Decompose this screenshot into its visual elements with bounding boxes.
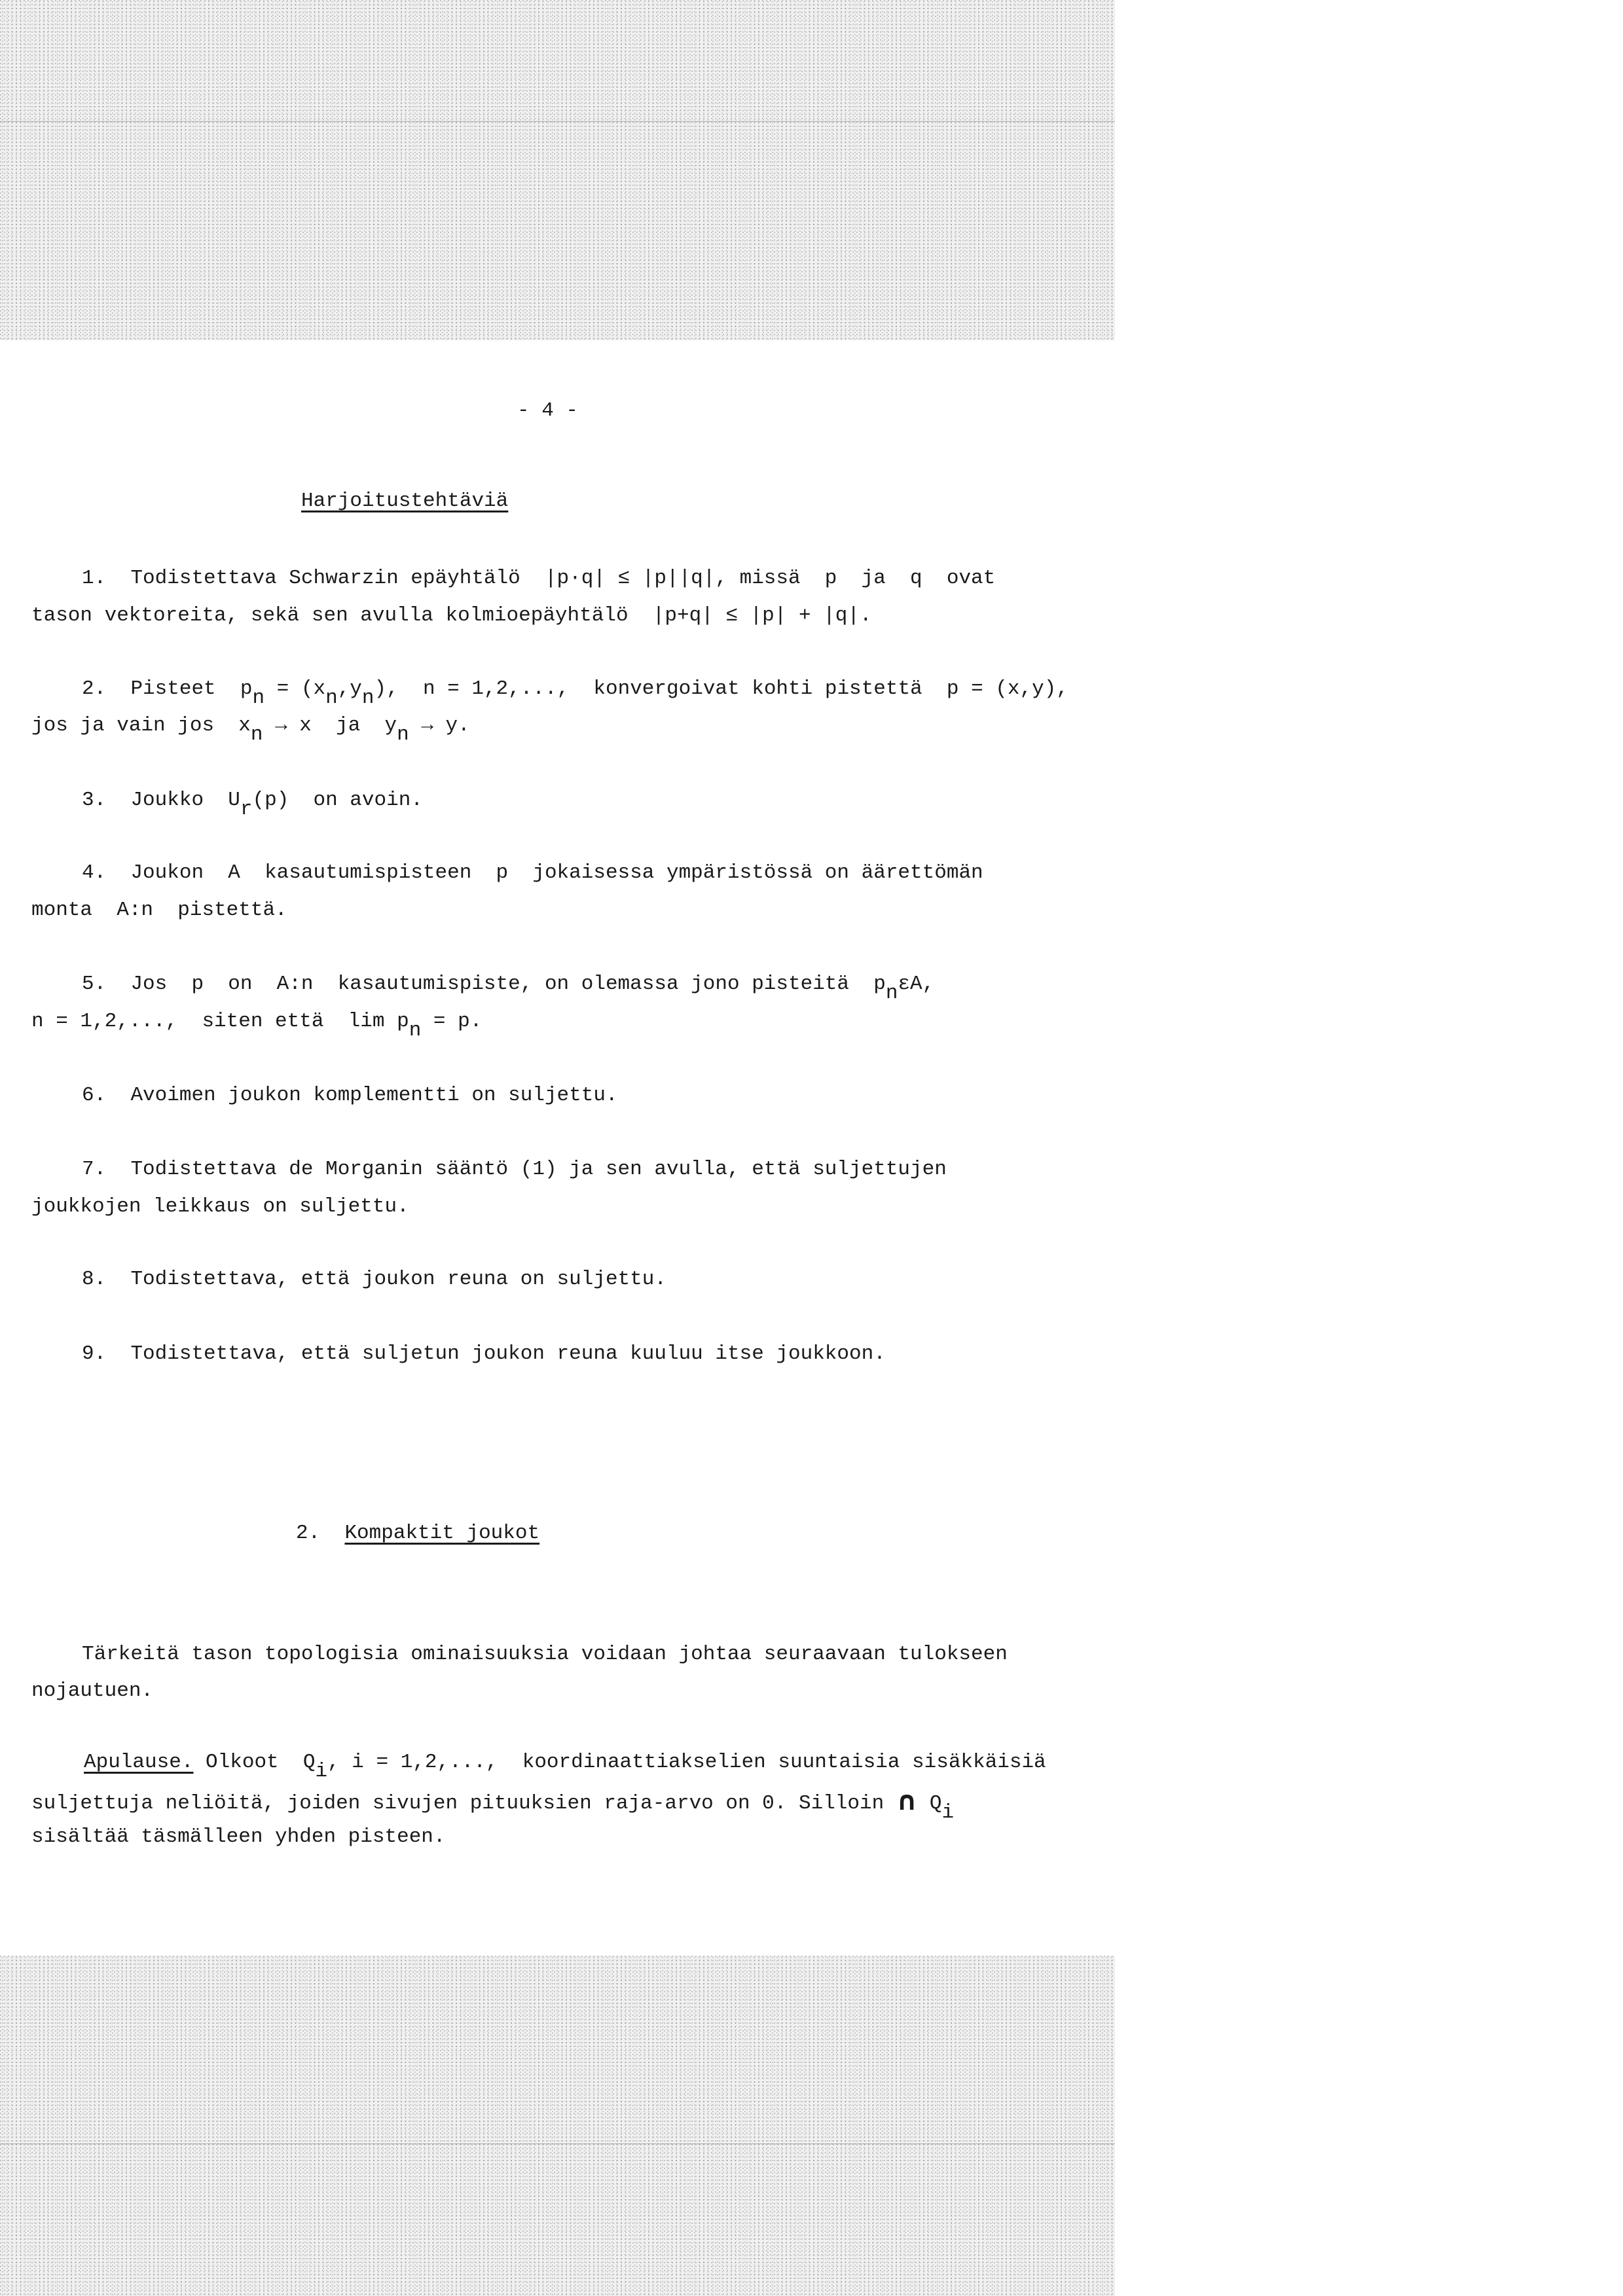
subscript: n — [252, 687, 264, 709]
scan-crease-line — [0, 121, 1115, 122]
subscript: n — [325, 687, 338, 709]
page-number: - 4 - — [517, 401, 578, 421]
exercise-number: 4. — [82, 861, 106, 884]
lemma-label: Apulause. — [84, 1751, 193, 1774]
intersection-symbol: ∩ — [896, 1786, 917, 1816]
exercise-line: 8. Todistettava, että joukon reuna on su… — [82, 1269, 666, 1289]
lemma-line: sisältää täsmälleen yhden pisteen. — [31, 1827, 446, 1847]
subscript: n — [362, 687, 374, 709]
exercise-line: 5. Jos p on A:n kasautumispiste, on olem… — [82, 974, 934, 994]
subscript: i — [942, 1801, 955, 1824]
subscript: n — [397, 723, 409, 746]
scan-margin-top — [0, 0, 1115, 340]
exercise-text: Todistettava Schwarzin epäyhtälö |p·q| ≤… — [130, 567, 995, 590]
exercise-line: 7. Todistettava de Morganin sääntö (1) j… — [82, 1159, 947, 1179]
exercise-line: monta A:n pistettä. — [31, 900, 287, 920]
subscript: n — [251, 723, 263, 746]
subscript: r — [240, 798, 253, 821]
subscript: i — [315, 1760, 327, 1783]
scan-margin-bottom — [0, 1956, 1115, 2296]
exercise-number: 2. — [82, 677, 106, 700]
exercise-line: 1. Todistettava Schwarzin epäyhtälö |p·q… — [82, 568, 995, 588]
exercise-line: 4. Joukon A kasautumispisteen p jokaises… — [82, 863, 983, 883]
paragraph-line: Tärkeitä tason topologisia ominaisuuksia… — [82, 1644, 1008, 1664]
section-title: Kompaktit joukot — [344, 1522, 539, 1545]
paragraph-line: nojautuen. — [31, 1681, 153, 1701]
exercise-number: 6. — [82, 1084, 106, 1107]
subscript: n — [409, 1019, 422, 1042]
exercise-number: 3. — [82, 789, 106, 812]
exercise-line: 3. Joukko Ur(p) on avoin. — [82, 790, 423, 810]
scan-crease-line — [0, 2144, 1115, 2144]
exercise-number: 8. — [82, 1268, 106, 1291]
exercises-heading: Harjoitustehtäviä — [301, 491, 508, 511]
exercise-line: 6. Avoimen joukon komplementti on suljet… — [82, 1085, 618, 1105]
exercise-line: 2. Pisteet pn = (xn,yn), n = 1,2,..., ko… — [82, 679, 1068, 699]
exercise-line: tason vektoreita, sekä sen avulla kolmio… — [31, 605, 872, 626]
exercise-line: n = 1,2,..., siten että lim pn = p. — [31, 1011, 482, 1031]
subscript: n — [886, 982, 898, 1005]
section-heading: 2. Kompaktit joukot — [296, 1523, 539, 1543]
exercise-number: 7. — [82, 1158, 106, 1181]
exercise-line: jos ja vain jos xn → x ja yn → y. — [31, 715, 470, 736]
exercise-line: joukkojen leikkaus on suljettu. — [31, 1196, 409, 1217]
lemma-line: suljettuja neliöitä, joiden sivujen pitu… — [31, 1790, 954, 1814]
exercise-number: 5. — [82, 973, 106, 996]
exercise-number: 9. — [82, 1342, 106, 1365]
exercise-number: 1. — [82, 567, 106, 590]
section-number: 2. — [296, 1522, 320, 1545]
lemma-line: Apulause. Olkoot Qi, i = 1,2,..., koordi… — [84, 1752, 1046, 1772]
exercise-line: 9. Todistettava, että suljetun joukon re… — [82, 1344, 886, 1364]
